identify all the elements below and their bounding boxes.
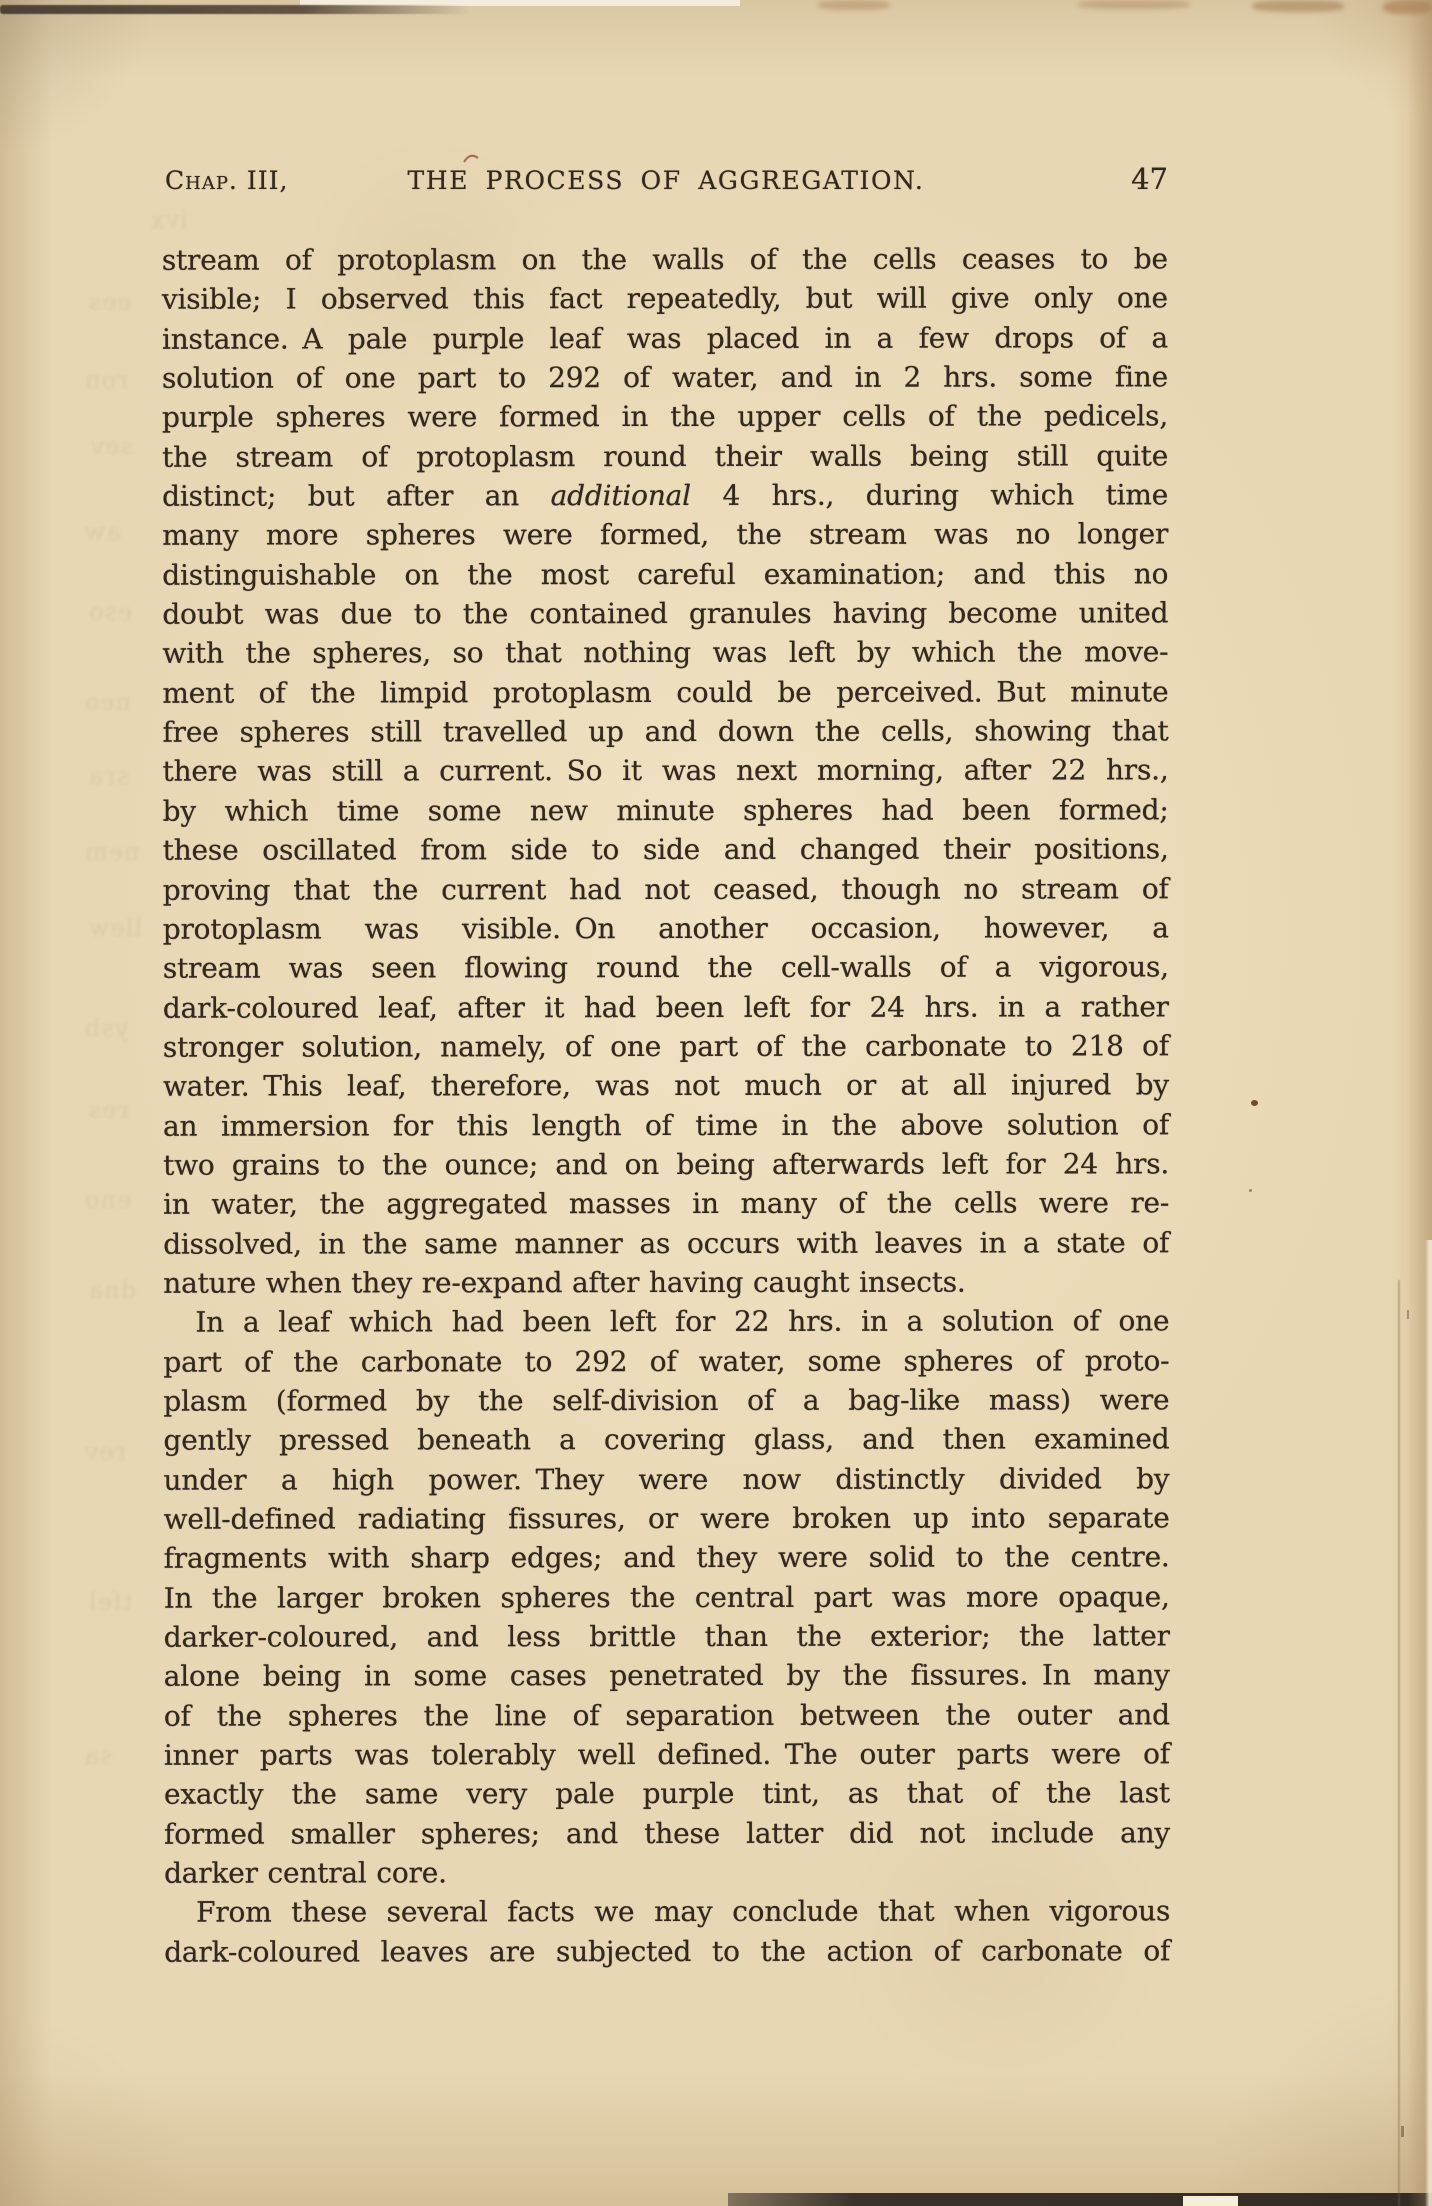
text-line: solution of one part to 292 of water, an… <box>162 357 1168 398</box>
text-line: In the larger broken spheres the central… <box>164 1577 1170 1618</box>
text-segment: ment of the limpid protoplasm could be p… <box>162 675 1168 709</box>
text-line: doubt was due to the contained granules … <box>162 593 1168 634</box>
text-segment: In a leaf which had been left for 22 hrs… <box>195 1305 1169 1339</box>
show-through-ghost: dna <box>88 1276 136 1304</box>
text-line: two grains to the ounce; and on being af… <box>163 1144 1169 1185</box>
text-segment: water. This leaf, therefore, was not muc… <box>163 1069 1169 1103</box>
text-line: distinct; but after an additional 4 hrs.… <box>162 475 1168 516</box>
foxing-speck <box>1251 1100 1258 1106</box>
text-line: the stream of protoplasm round their wal… <box>162 436 1168 477</box>
show-through-ghost: rev <box>84 1438 126 1466</box>
text-line: exactly the same very pale purple tint, … <box>164 1774 1170 1815</box>
show-through-ghost: sra <box>88 762 129 790</box>
text-line: dark-coloured leaves are subjected to th… <box>164 1931 1170 1972</box>
running-title: THE PROCESS OF AGGREGATION. <box>163 166 1169 196</box>
show-through-ghost: eno <box>84 1186 131 1214</box>
margin-mark <box>1401 2126 1404 2137</box>
text-segment: doubt was due to the contained granules … <box>162 596 1168 630</box>
text-segment: dissolved, in the same manner as occurs … <box>163 1226 1169 1260</box>
text-segment: darker-coloured, and less brittle than t… <box>164 1619 1170 1653</box>
text-line: nature when they re-expand after having … <box>163 1262 1169 1303</box>
show-through-ghost: ron <box>84 366 128 394</box>
text-line: there was still a current. So it was nex… <box>163 751 1169 792</box>
text-segment: visible; I observed this fact repeatedly… <box>162 282 1168 316</box>
text-line: under a high power. They were now distin… <box>163 1459 1169 1500</box>
show-through-ghost: tfel <box>88 1588 132 1616</box>
text-segment: free spheres still travelled up and down… <box>162 714 1168 748</box>
text-line: alone being in some cases penetrated by … <box>164 1656 1170 1697</box>
page-right-edge-highlight <box>1425 1240 1432 2206</box>
text-line: ment of the limpid protoplasm could be p… <box>162 672 1168 713</box>
text-line: In a leaf which had been left for 22 hrs… <box>163 1302 1169 1343</box>
text-line: these oscillated from side to side and c… <box>163 829 1169 870</box>
text-segment: an immersion for this length of time in … <box>163 1108 1169 1142</box>
red-pen-mark <box>462 150 480 166</box>
text-line: stream was seen flowing round the cell-w… <box>163 947 1169 988</box>
text-segment: there was still a current. So it was nex… <box>163 754 1169 788</box>
text-segment: by which time some new minute spheres ha… <box>163 793 1169 827</box>
text-segment: distinct; but after an <box>162 479 551 513</box>
text-segment: stream was seen flowing round the cell-w… <box>163 950 1169 984</box>
text-line: with the spheres, so that nothing was le… <box>162 633 1168 674</box>
scan-bottom-white-notch <box>1183 2196 1238 2206</box>
body-text: stream of protoplasm on the walls of the… <box>162 239 1170 1972</box>
text-segment: inner parts was tolerably well defined. … <box>164 1737 1170 1771</box>
show-through-ghost: nem <box>84 838 139 866</box>
italic-text: additional <box>551 479 691 512</box>
scan-top-smudge <box>1078 0 1190 9</box>
text-line: proving that the current had not ceased,… <box>163 869 1169 910</box>
text-line: by which time some new minute spheres ha… <box>163 790 1169 831</box>
text-line: purple spheres were formed in the upper … <box>162 397 1168 438</box>
text-line: dark-coloured leaf, after it had been le… <box>163 987 1169 1028</box>
text-segment: these oscillated from side to side and c… <box>163 832 1169 866</box>
book-page: Chap. III, THE PROCESS OF AGGREGATION. 4… <box>0 0 1432 2206</box>
page-edge-crease <box>1398 1280 1400 2206</box>
text-line: instance. A pale purple leaf was placed … <box>162 318 1168 359</box>
show-through-ghost: ees <box>88 288 132 316</box>
text-segment: alone being in some cases penetrated by … <box>164 1659 1170 1693</box>
scan-top-smudge <box>818 0 890 10</box>
text-segment: of the spheres the line of separation be… <box>164 1698 1170 1732</box>
text-line: of the spheres the line of separation be… <box>164 1695 1170 1736</box>
text-line: stream of protoplasm on the walls of the… <box>162 239 1168 280</box>
text-segment: in water, the aggregated masses in many … <box>163 1187 1169 1221</box>
text-segment: In the larger broken spheres the central… <box>164 1580 1170 1614</box>
text-line: part of the carbonate to 292 of water, s… <box>163 1341 1169 1382</box>
text-line: distinguishable on the most careful exam… <box>162 554 1168 595</box>
text-line: visible; I observed this fact repeatedly… <box>162 279 1168 320</box>
text-segment: formed smaller spheres; and these latter… <box>164 1816 1170 1850</box>
text-line: stronger solution, namely, of one part o… <box>163 1026 1169 1067</box>
page-number: 47 <box>1100 164 1168 194</box>
text-segment: stronger solution, namely, of one part o… <box>163 1029 1169 1063</box>
text-line: protoplasm was visible. On another occas… <box>163 908 1169 949</box>
text-segment: many more spheres were formed, the strea… <box>162 518 1168 552</box>
text-line: water. This leaf, therefore, was not muc… <box>163 1066 1169 1107</box>
text-line: dissolved, in the same manner as occurs … <box>163 1223 1169 1264</box>
show-through-ghost: ysb <box>84 1014 128 1042</box>
text-line: in water, the aggregated masses in many … <box>163 1184 1169 1225</box>
text-segment: exactly the same very pale purple tint, … <box>164 1777 1170 1811</box>
text-line: well-defined radiating fissures, or were… <box>164 1498 1170 1539</box>
text-line: gently pressed beneath a covering glass,… <box>163 1420 1169 1461</box>
text-segment: distinguishable on the most careful exam… <box>162 557 1168 591</box>
text-segment: protoplasm was visible. On another occas… <box>163 911 1169 945</box>
text-segment: 4 hrs., during which time <box>691 478 1168 512</box>
text-line: inner parts was tolerably well defined. … <box>164 1734 1170 1775</box>
text-line: an immersion for this length of time in … <box>163 1105 1169 1146</box>
show-through-ghost: ivx <box>150 206 188 234</box>
show-through-ghost: sev <box>90 432 133 460</box>
text-segment: gently pressed beneath a covering glass,… <box>163 1423 1169 1457</box>
text-segment: with the spheres, so that nothing was le… <box>162 636 1168 670</box>
text-segment: under a high power. They were now distin… <box>163 1462 1169 1496</box>
text-segment: stream of protoplasm on the walls of the… <box>162 242 1168 276</box>
text-line: From these several facts we may conclude… <box>164 1892 1170 1933</box>
text-line: darker-coloured, and less brittle than t… <box>164 1616 1170 1657</box>
text-segment: purple spheres were formed in the upper … <box>162 400 1168 434</box>
text-segment: nature when they re-expand after having … <box>163 1266 965 1300</box>
show-through-ghost: llew <box>88 914 142 942</box>
scan-top-shadow-line <box>0 5 470 14</box>
show-through-ghost: sa <box>84 1742 113 1770</box>
text-segment: dark-coloured leaves are subjected to th… <box>164 1934 1170 1968</box>
text-line: many more spheres were formed, the strea… <box>162 515 1168 556</box>
show-through-ghost: res <box>88 1096 129 1124</box>
dust-speck <box>1249 1189 1252 1192</box>
text-segment: proving that the current had not ceased,… <box>163 872 1169 906</box>
text-segment: part of the carbonate to 292 of water, s… <box>163 1344 1169 1378</box>
text-segment: instance. A pale purple leaf was placed … <box>162 321 1168 355</box>
text-segment: fragments with sharp edges; and they wer… <box>164 1541 1170 1575</box>
show-through-ghost: aw <box>84 518 121 546</box>
text-segment: plasm (formed by the self-division of a … <box>163 1383 1169 1417</box>
margin-mark <box>1407 1310 1409 1319</box>
text-line: free spheres still travelled up and down… <box>162 711 1168 752</box>
scan-bottom-shadow-band <box>728 2193 1432 2206</box>
text-segment: well-defined radiating fissures, or were… <box>164 1501 1170 1535</box>
text-segment: dark-coloured leaf, after it had been le… <box>163 990 1169 1024</box>
text-line: darker central core. <box>164 1852 1170 1893</box>
text-segment: From these several facts we may conclude… <box>196 1895 1170 1929</box>
text-segment: darker central core. <box>164 1856 447 1889</box>
text-segment: the stream of protoplasm round their wal… <box>162 439 1168 473</box>
text-line: plasm (formed by the self-division of a … <box>163 1380 1169 1421</box>
text-line: fragments with sharp edges; and they wer… <box>164 1538 1170 1579</box>
show-through-ghost: eso <box>88 598 132 626</box>
text-line: formed smaller spheres; and these latter… <box>164 1813 1170 1854</box>
text-segment: two grains to the ounce; and on being af… <box>163 1147 1169 1181</box>
scan-top-smudge <box>1252 0 1344 12</box>
text-segment: solution of one part to 292 of water, an… <box>162 360 1168 394</box>
show-through-ghost: neo <box>84 688 131 716</box>
